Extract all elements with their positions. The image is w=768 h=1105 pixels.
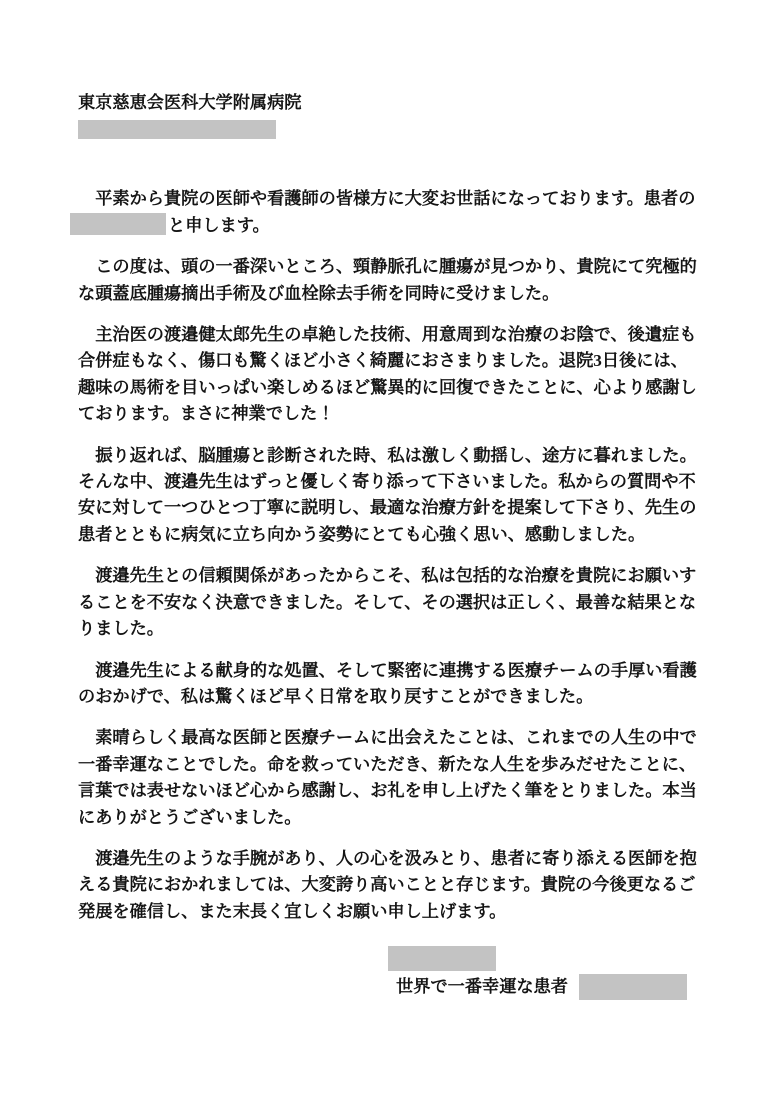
letter-text: 趣味の馬術を目いっぱい楽しめるほど驚異的に回復できたことに、心より感謝し: [78, 378, 697, 397]
letter-text: える貴院におかれましては、大変誇り高いことと存じます。貴院の今後更なるご: [78, 875, 695, 894]
letter-line: 安に対して一つひとつ丁寧に説明し、最適な治療方針を提案して下さり、先生の: [78, 495, 693, 521]
letter-text: そんな中、渡邉先生はずっと優しく寄り添って下さいました。私からの質問や不: [78, 472, 696, 491]
letter-text: 渡邉先生との信頼関係があったからこそ、私は包括的な治療を貴院にお願いす: [95, 566, 696, 585]
letter-body: 平素から貴院の医師や看護師の皆様方に大変お世話になっております。患者のと申します…: [78, 186, 693, 925]
letter-paragraph: この度は、頭の一番深いところ、頸静脈孔に腫瘍が見つかり、貴院にて究極的な頭蓋底腫…: [78, 254, 693, 307]
letter-line: 平素から貴院の医師や看護師の皆様方に大変お世話になっております。患者の: [78, 186, 693, 212]
letter-paragraph: 渡邉先生との信頼関係があったからこそ、私は包括的な治療を貴院にお願いすることを不…: [78, 563, 693, 642]
redacted-date-block: [388, 946, 496, 971]
letter-line: 振り返れば、脳腫瘍と診断された時、私は激しく動揺し、途方に暮れました。: [78, 443, 693, 469]
letter-paragraph: 振り返れば、脳腫瘍と診断された時、私は激しく動揺し、途方に暮れました。そんな中、…: [78, 443, 693, 549]
signature-label: 世界で一番幸運な患者: [396, 974, 568, 1000]
letter-text: 主治医の渡邉健太郎先生の卓絶した技術、用意周到な治療のお陰で、後遺症も: [95, 325, 696, 344]
letter-text: この度は、頭の一番深いところ、頸静脈孔に腫瘍が見つかり、貴院にて究極的: [95, 257, 697, 276]
letter-line: 渡邉先生のような手腕があり、人の心を汲みとり、患者に寄り添える医師を抱: [78, 846, 693, 872]
letter-text: 素晴らしく最高な医師と医療チームに出会えたことは、これまでの人生の中で: [95, 728, 697, 747]
redacted-signature-name-block: [579, 974, 687, 1000]
letter-paragraph: 渡邉先生のような手腕があり、人の心を汲みとり、患者に寄り添える医師を抱える貴院に…: [78, 846, 693, 925]
letter-text: 渡邉先生による献身的な処置、そして緊密に連携する医療チームの手厚い看護: [95, 661, 697, 680]
letter-line: そんな中、渡邉先生はずっと優しく寄り添って下さいました。私からの質問や不: [78, 469, 693, 495]
letter-text: 安に対して一つひとつ丁寧に説明し、最適な治療方針を提案して下さり、先生の: [78, 498, 696, 517]
letter-line: ることを不安なく決意できました。そして、その選択は正しく、最善な結果とな: [78, 590, 693, 616]
letter-line: 趣味の馬術を目いっぱい楽しめるほど驚異的に回復できたことに、心より感謝し: [78, 375, 693, 401]
redacted-recipient-name-block: [78, 120, 276, 139]
redacted-sender-name-block: [70, 213, 166, 235]
date-row: [78, 946, 693, 971]
letter-line: な頭蓋底腫瘍摘出手術及び血栓除去手術を同時に受けました。: [78, 281, 693, 307]
letter-line: この度は、頭の一番深いところ、頸静脈孔に腫瘍が見つかり、貴院にて究極的: [78, 254, 693, 280]
letter-line: 主治医の渡邉健太郎先生の卓絶した技術、用意周到な治療のお陰で、後遺症も: [78, 322, 693, 348]
letter-line: にありがとうございました。: [78, 805, 693, 831]
letter-line: りました。: [78, 616, 693, 642]
letter-text: な頭蓋底腫瘍摘出手術及び血栓除去手術を同時に受けました。: [78, 284, 559, 303]
letter-text: にありがとうございました。: [78, 808, 301, 827]
letter-line: 一番幸運なことでした。命を救っていただき、新たな人生を歩みだせたことに、: [78, 752, 693, 778]
letter-text: 患者とともに病気に立ち向かう姿勢にとても心強く思い、感動しました。: [78, 525, 645, 544]
letter-paragraph: 渡邉先生による献身的な処置、そして緊密に連携する医療チームの手厚い看護のおかげで…: [78, 658, 693, 711]
letter-line: のおかげで、私は驚くほど早く日常を取り戻すことができました。: [78, 684, 693, 710]
letter-text: のおかげで、私は驚くほど早く日常を取り戻すことができました。: [78, 687, 593, 706]
letter-text: 渡邉先生のような手腕があり、人の心を汲みとり、患者に寄り添える医師を抱: [95, 849, 697, 868]
letter-line: ております。まさに神業でした！: [78, 401, 693, 427]
letter-paragraph: 素晴らしく最高な医師と医療チームに出会えたことは、これまでの人生の中で一番幸運な…: [78, 725, 693, 831]
letter-text: りました。: [78, 619, 164, 638]
letter-text: ることを不安なく決意できました。そして、その選択は正しく、最善な結果とな: [78, 593, 696, 612]
letter-paragraph: 平素から貴院の医師や看護師の皆様方に大変お世話になっております。患者のと申します…: [78, 186, 693, 239]
letter-line: 患者とともに病気に立ち向かう姿勢にとても心強く思い、感動しました。: [78, 522, 693, 548]
letter-text: 振り返れば、脳腫瘍と診断された時、私は激しく動揺し、途方に暮れました。: [95, 446, 697, 465]
letter-line: 合併症もなく、傷口も驚くほど小さく綺麗におさまりました。退院3日後には、: [78, 348, 693, 374]
letter-line: 素晴らしく最高な医師と医療チームに出会えたことは、これまでの人生の中で: [78, 725, 693, 751]
letter-page: 東京慈恵会医科大学附属病院 平素から貴院の医師や看護師の皆様方に大変お世話になっ…: [0, 0, 768, 1105]
letter-text: 言葉では表せないほど心から感謝し、お礼を申し上げたく筆をとりました。本当: [78, 781, 697, 800]
signature-row: 世界で一番幸運な患者: [78, 974, 693, 1000]
letter-line: 言葉では表せないほど心から感謝し、お礼を申し上げたく筆をとりました。本当: [78, 778, 693, 804]
letter-text: 合併症もなく、傷口も驚くほど小さく綺麗におさまりました。退院3日後には、: [78, 351, 688, 370]
letter-line: と申します。: [78, 213, 693, 239]
letter-line: 渡邉先生との信頼関係があったからこそ、私は包括的な治療を貴院にお願いす: [78, 563, 693, 589]
letter-text: ております。まさに神業でした！: [78, 404, 334, 423]
letter-text: 一番幸運なことでした。命を救っていただき、新たな人生を歩みだせたことに、: [78, 755, 696, 774]
letter-text: 平素から貴院の医師や看護師の皆様方に大変お世話になっております。患者の: [95, 189, 695, 208]
letter-text: 発展を確信し、また末長く宜しくお願い申し上げます。: [78, 902, 506, 921]
letter-line: 渡邉先生による献身的な処置、そして緊密に連携する医療チームの手厚い看護: [78, 658, 693, 684]
recipient-line: 東京慈恵会医科大学附属病院: [78, 90, 693, 116]
letter-line: 発展を確信し、また末長く宜しくお願い申し上げます。: [78, 899, 693, 925]
letter-paragraph: 主治医の渡邉健太郎先生の卓絶した技術、用意周到な治療のお陰で、後遺症も合併症もな…: [78, 322, 693, 428]
letter-line: える貴院におかれましては、大変誇り高いことと存じます。貴院の今後更なるご: [78, 872, 693, 898]
letter-text: と申します。: [168, 216, 270, 235]
